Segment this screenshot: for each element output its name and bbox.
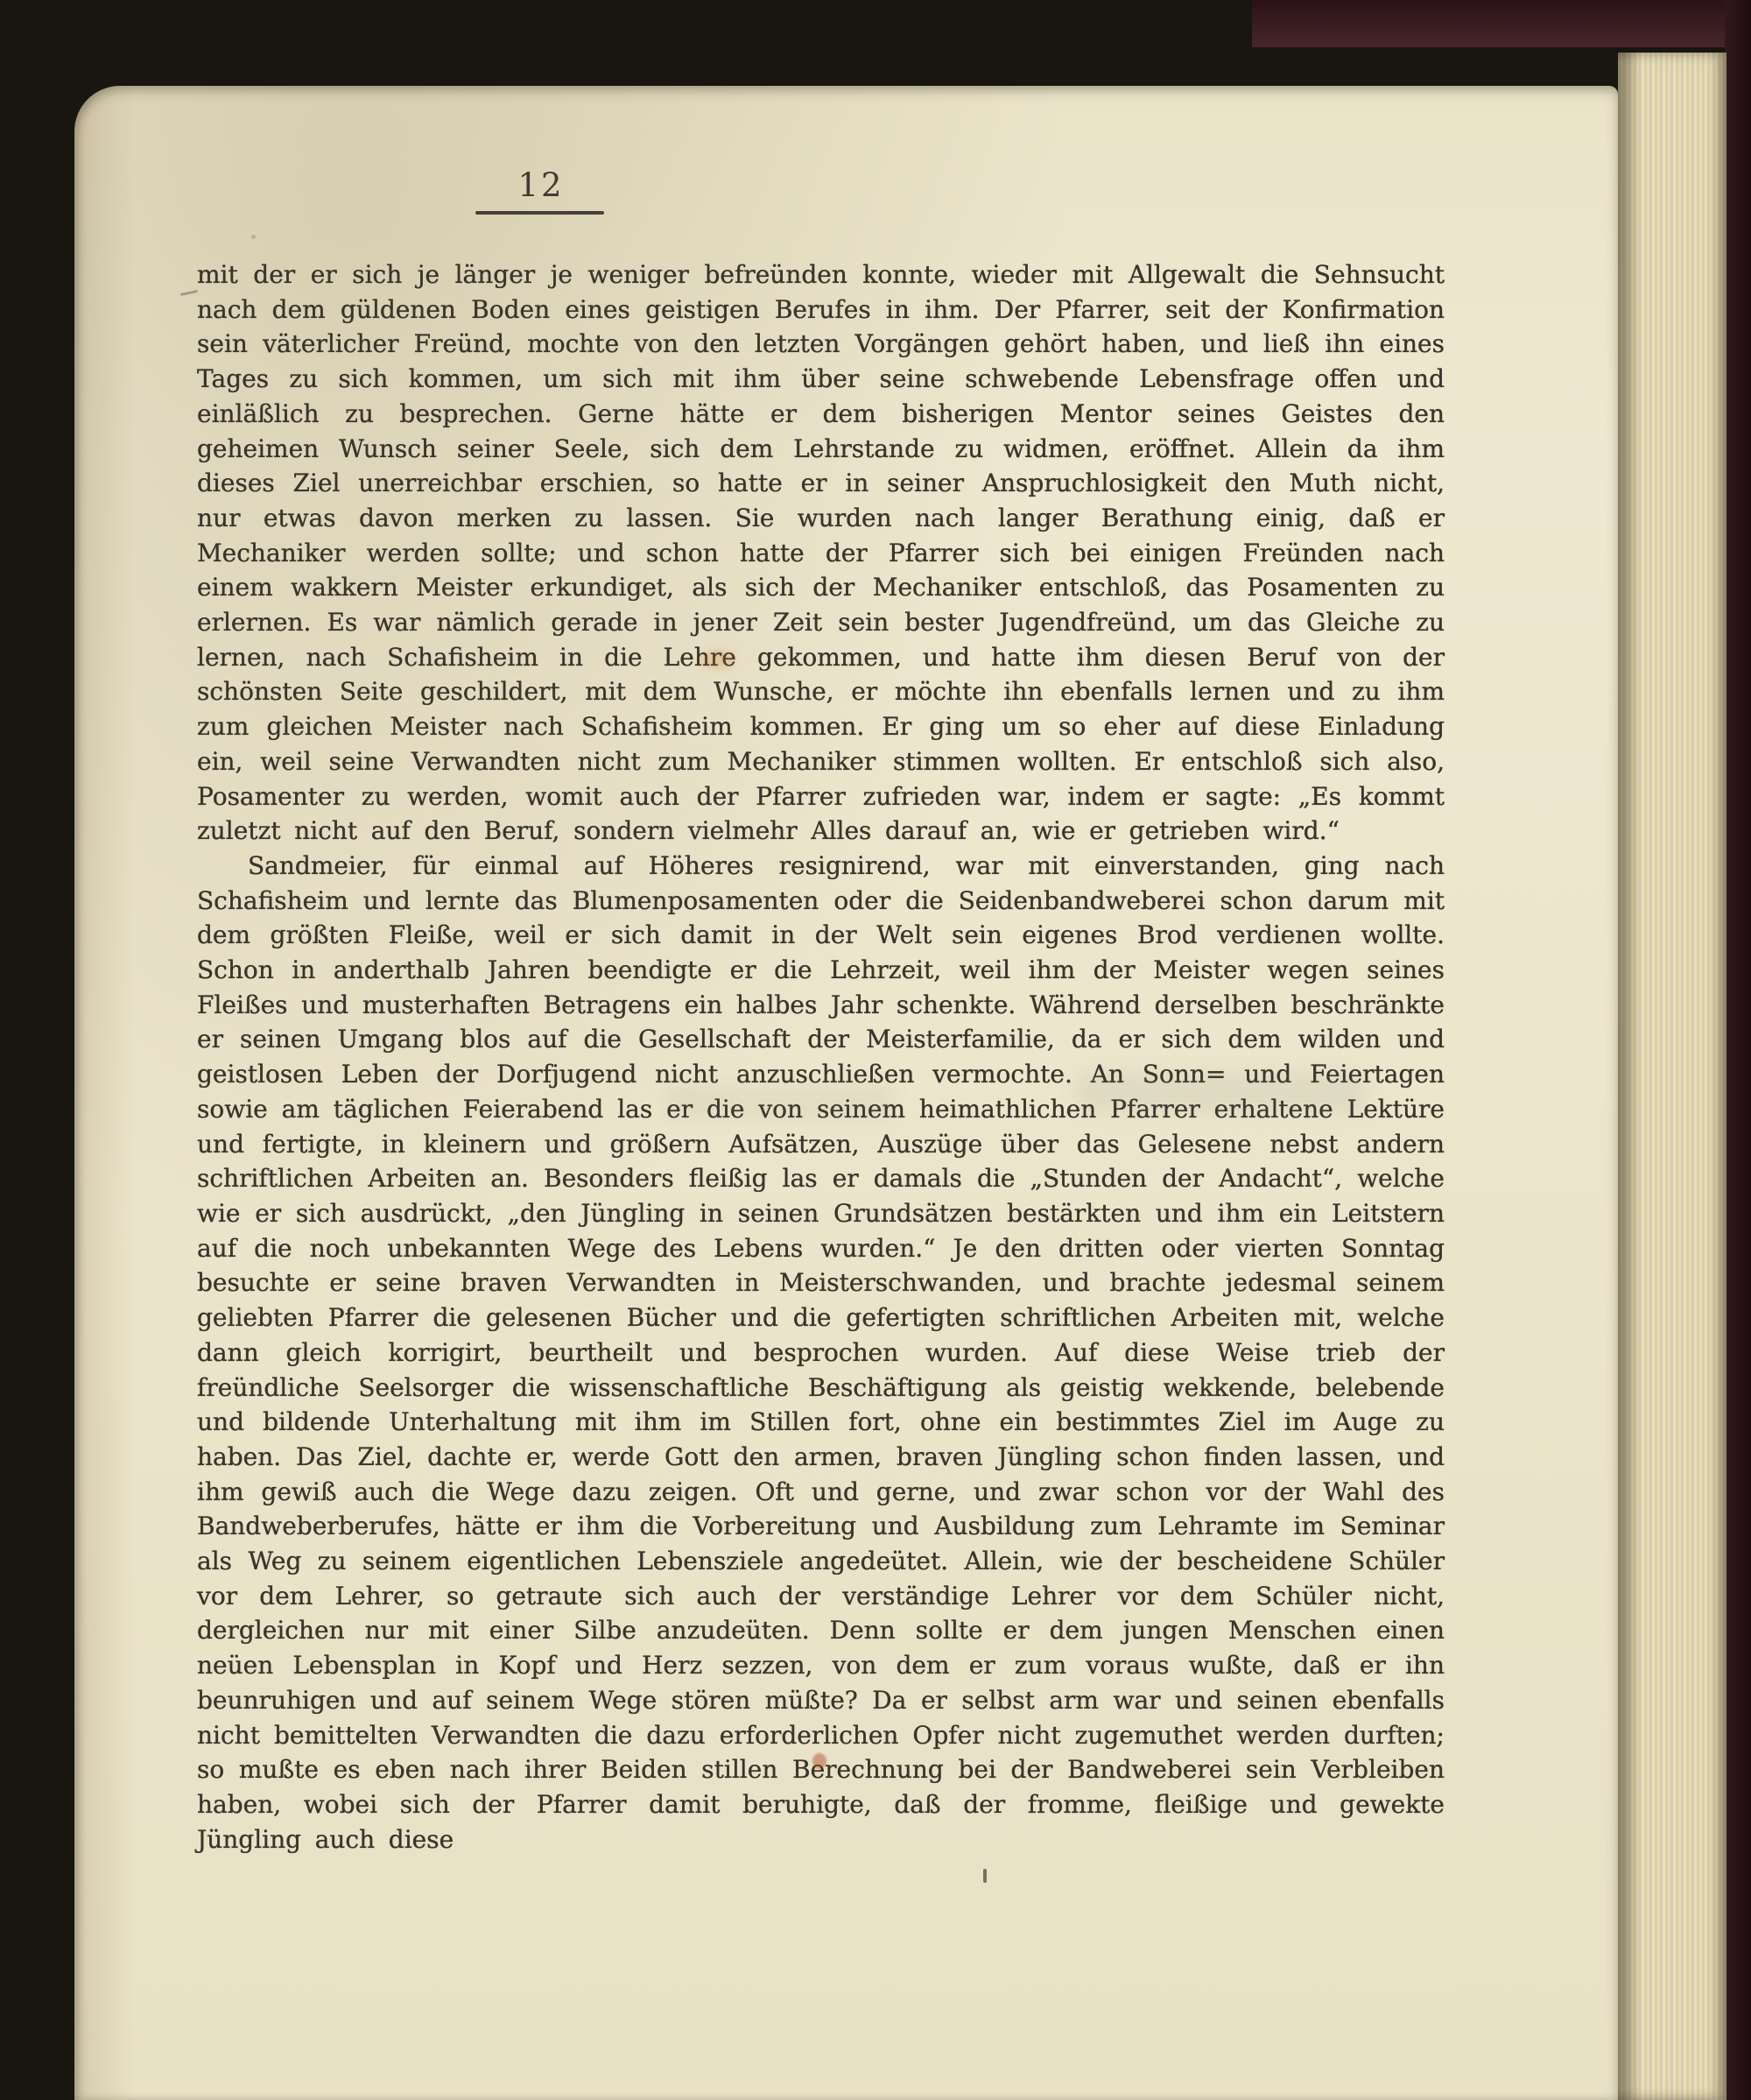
book-fore-edge-pages: [1618, 53, 1726, 2100]
paper-speck: [983, 1869, 987, 1883]
scanned-book-photo: 12 mit der er sich je länger je weniger …: [0, 0, 1751, 2100]
paper-speck: [251, 235, 256, 239]
body-text: mit der er sich je länger je weniger bef…: [197, 257, 1445, 1857]
book-cover-edge-top: [1252, 0, 1751, 47]
body-paragraph-continuation: mit der er sich je länger je weniger bef…: [197, 257, 1445, 849]
page-number: 12: [475, 166, 607, 204]
body-paragraph-sandmeier: Sandmeier, für einmal auf Höheres resign…: [197, 849, 1445, 1857]
book-cover-edge-right: [1725, 0, 1751, 2100]
page-number-rule: [475, 211, 604, 215]
